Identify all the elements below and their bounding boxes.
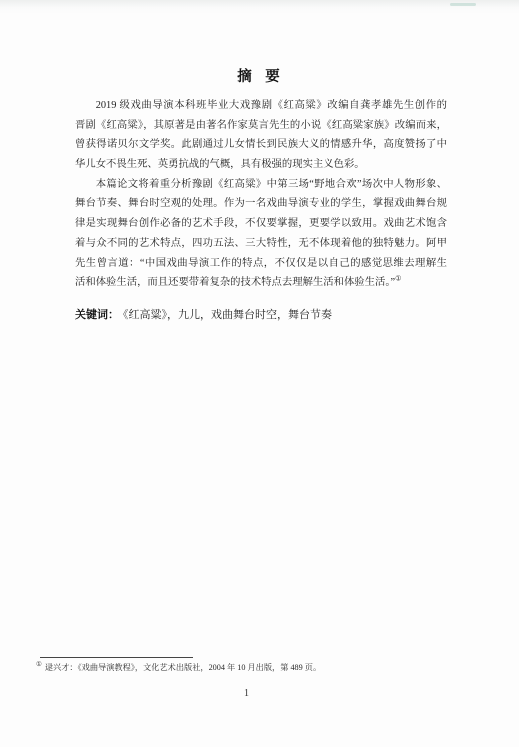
text-line: 律是实现舞台创作必备的艺术手段，不仅要掌握，更要学以致用。戏曲艺术饱含 bbox=[75, 214, 447, 234]
text-line: 华儿女不畏生死、英勇抗战的气概，具有极强的现实主义色彩。 bbox=[75, 155, 447, 175]
text-line: 曾获得诺贝尔文学奖。此剧通过儿女情长到民族大义的情感升华，高度赞扬了中 bbox=[75, 135, 447, 155]
scan-artifact-mark bbox=[450, 3, 476, 6]
text-line: 本篇论文将着重分析豫剧《红高粱》中第三场“野地合欢”场次中人物形象、 bbox=[75, 175, 447, 195]
text-line: 2019 级戏曲导演本科班毕业大戏豫剧《红高粱》改编自龚孝雄先生创作的 bbox=[75, 96, 447, 116]
footnote-ref-mark: ① bbox=[395, 275, 401, 283]
text-line: 活和体验生活，而且还要带着复杂的技术特点去理解生活和体验生活。”① bbox=[75, 273, 447, 293]
text-line: 晋剧《红高粱》，其原著是由著名作家莫言先生的小说《红高粱家族》改编而来， bbox=[75, 116, 447, 136]
scan-artifact-top-shadow bbox=[0, 0, 519, 14]
abstract-body: 2019 级戏曲导演本科班毕业大戏豫剧《红高粱》改编自龚孝雄先生创作的晋剧《红高… bbox=[75, 96, 447, 325]
text-line: 舞台节奏、舞台时空观的处理。作为一名戏曲导演专业的学生，掌握戏曲舞台规 bbox=[75, 194, 447, 214]
keywords-text: 《红高粱》，九儿，戏曲舞台时空，舞台节奏 bbox=[123, 309, 332, 321]
footnote-separator bbox=[40, 657, 193, 658]
abstract-paragraph-2: 本篇论文将着重分析豫剧《红高粱》中第三场“野地合欢”场次中人物形象、舞台节奏、舞… bbox=[75, 175, 447, 293]
page-number: 1 bbox=[0, 688, 493, 700]
footnote-marker: ① bbox=[36, 661, 42, 668]
footnote-text: 逯兴才：《戏曲导演教程》，文化艺术出版社，2004 年 10 月出版，第 489… bbox=[45, 663, 321, 672]
abstract-paragraph-1: 2019 级戏曲导演本科班毕业大戏豫剧《红高粱》改编自龚孝雄先生创作的晋剧《红高… bbox=[75, 96, 447, 175]
keywords-label: 关键词： bbox=[75, 309, 119, 321]
text-line: 先生曾言道：“中国戏曲导演工作的特点，不仅仅是以自己的感觉思维去理解生 bbox=[75, 254, 447, 274]
text-line: 着与众不同的艺术特点，四功五法、三大特性，无不体现着他的独特魅力。阿甲 bbox=[75, 234, 447, 254]
page-title: 摘 要 bbox=[0, 69, 519, 85]
footnote: ①逯兴才：《戏曲导演教程》，文化艺术出版社，2004 年 10 月出版，第 48… bbox=[36, 662, 476, 674]
document-page: 摘 要 2019 级戏曲导演本科班毕业大戏豫剧《红高粱》改编自龚孝雄先生创作的晋… bbox=[0, 0, 519, 747]
keywords-line: 关键词：《红高粱》，九儿，戏曲舞台时空，舞台节奏 bbox=[75, 305, 447, 325]
